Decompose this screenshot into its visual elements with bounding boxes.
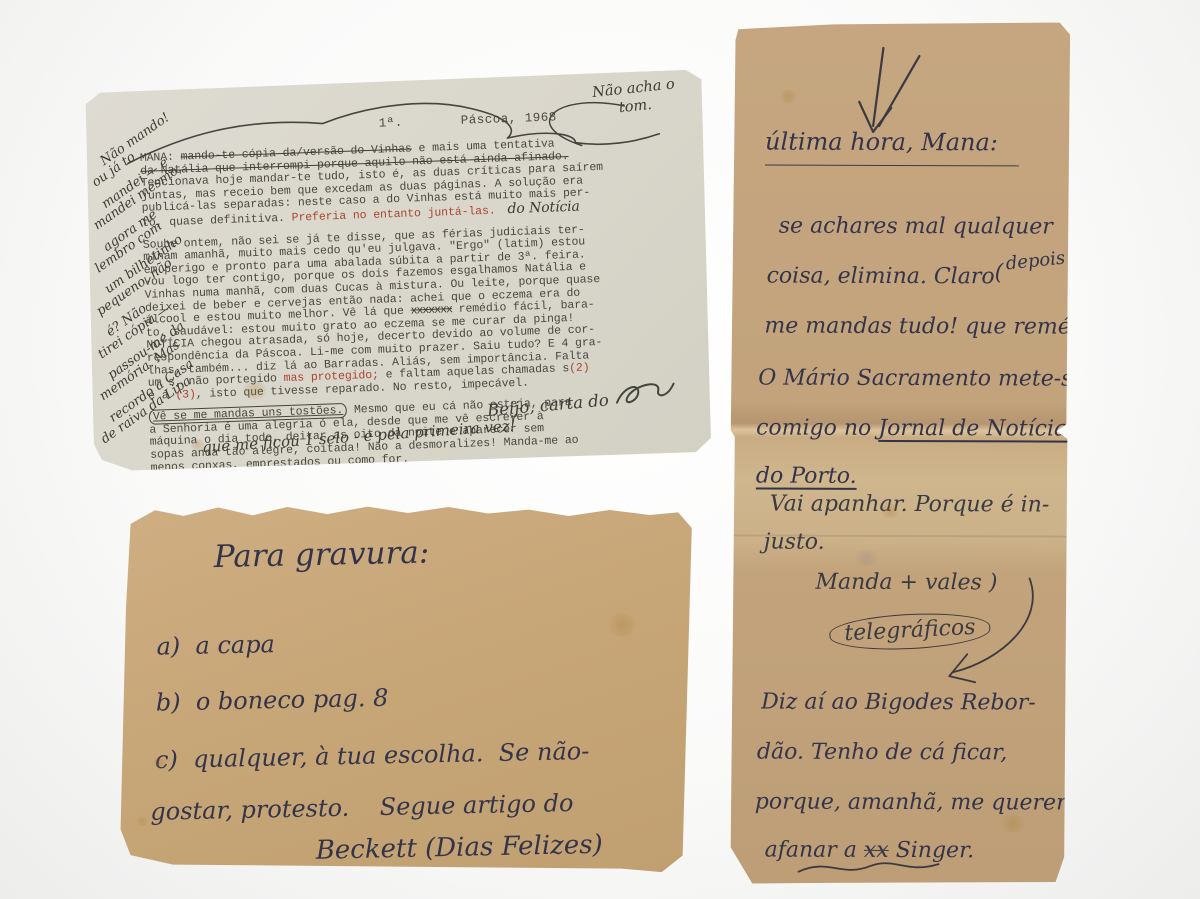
letter-line: coisa, elimina. Claro(depoisque xyxy=(767,264,1109,290)
gravura-item-c: c) qualquer, à tua escolha. Se não- xyxy=(155,737,590,774)
letter-line: Diz aí ao Bigodes Rebor- xyxy=(761,690,1036,716)
paper-stain xyxy=(1001,814,1025,832)
letter-heading: última hora, Mana: xyxy=(765,128,1019,167)
paper-stain xyxy=(136,816,148,826)
letter-line: comigo no Jornal de Notícias xyxy=(756,415,1078,441)
letter-text: coisa, elimina. Claro xyxy=(767,264,995,290)
letter-line: O Mário Sacramento mete-se xyxy=(758,366,1085,392)
paper-stain xyxy=(850,550,884,566)
paper-stain xyxy=(880,504,900,518)
photo-scene: 1ª. Páscoa, 1968 Não acha o tom. Não man… xyxy=(0,0,1200,899)
gravura-title: Para gravura: xyxy=(213,535,429,576)
signature-squiggle-icon xyxy=(795,856,945,881)
letter-line: justo. xyxy=(764,530,825,555)
gravura-item-a: a) a capa xyxy=(156,630,275,660)
letter-line: Vai apanhar. Porque é in- xyxy=(770,492,1050,518)
paper-stain xyxy=(607,613,637,637)
red-text: (3) xyxy=(175,388,196,402)
letter-line: porque, amanhã, me querem xyxy=(755,789,1077,815)
letter-line: dão. Tenho de cá ficar, xyxy=(757,740,1007,766)
letter-line: me mandas tudo! que remédio. xyxy=(764,314,1111,340)
signature-flourish-icon xyxy=(613,377,679,408)
inserted-word: depois xyxy=(1004,248,1065,275)
typed-text: e a xyxy=(148,389,176,403)
red-text: (2) xyxy=(569,361,590,375)
gravura-note-paper: Para gravura: a) a capa b) o boneco pag.… xyxy=(115,498,695,874)
paper-stain xyxy=(779,90,797,104)
gravura-line: gostar, protesto. Segue artigo do xyxy=(150,789,574,826)
date-number: 1ª. xyxy=(379,116,403,131)
gravura-beckett-line: Beckett (Dias Felizes) xyxy=(315,830,603,866)
typed-body: MANA: mando-te cópia da/versão do Vinhas… xyxy=(140,137,613,475)
letter-text: comigo no xyxy=(756,415,878,440)
inline-annotation: do Notícia xyxy=(507,199,580,218)
underlined-title: Jornal de Notícias xyxy=(878,416,1078,442)
letter-line: se achares mal qualquer xyxy=(779,214,1053,240)
insert-caret: ( xyxy=(995,260,1004,285)
paper-stain xyxy=(153,756,167,768)
hand-drawn-curved-arrow-icon xyxy=(869,574,1049,699)
right-letter-paper: última hora, Mana: se achares mal qualqu… xyxy=(728,21,1071,884)
typed-letter-paper: 1ª. Páscoa, 1968 Não acha o tom. Não man… xyxy=(81,69,714,474)
letter-text: que xyxy=(1067,265,1108,290)
letter-line: do Porto. xyxy=(756,463,857,488)
underlined-title: do Porto. xyxy=(756,463,857,488)
gravura-item-b: b) o boneco pag. 8 xyxy=(156,684,389,717)
